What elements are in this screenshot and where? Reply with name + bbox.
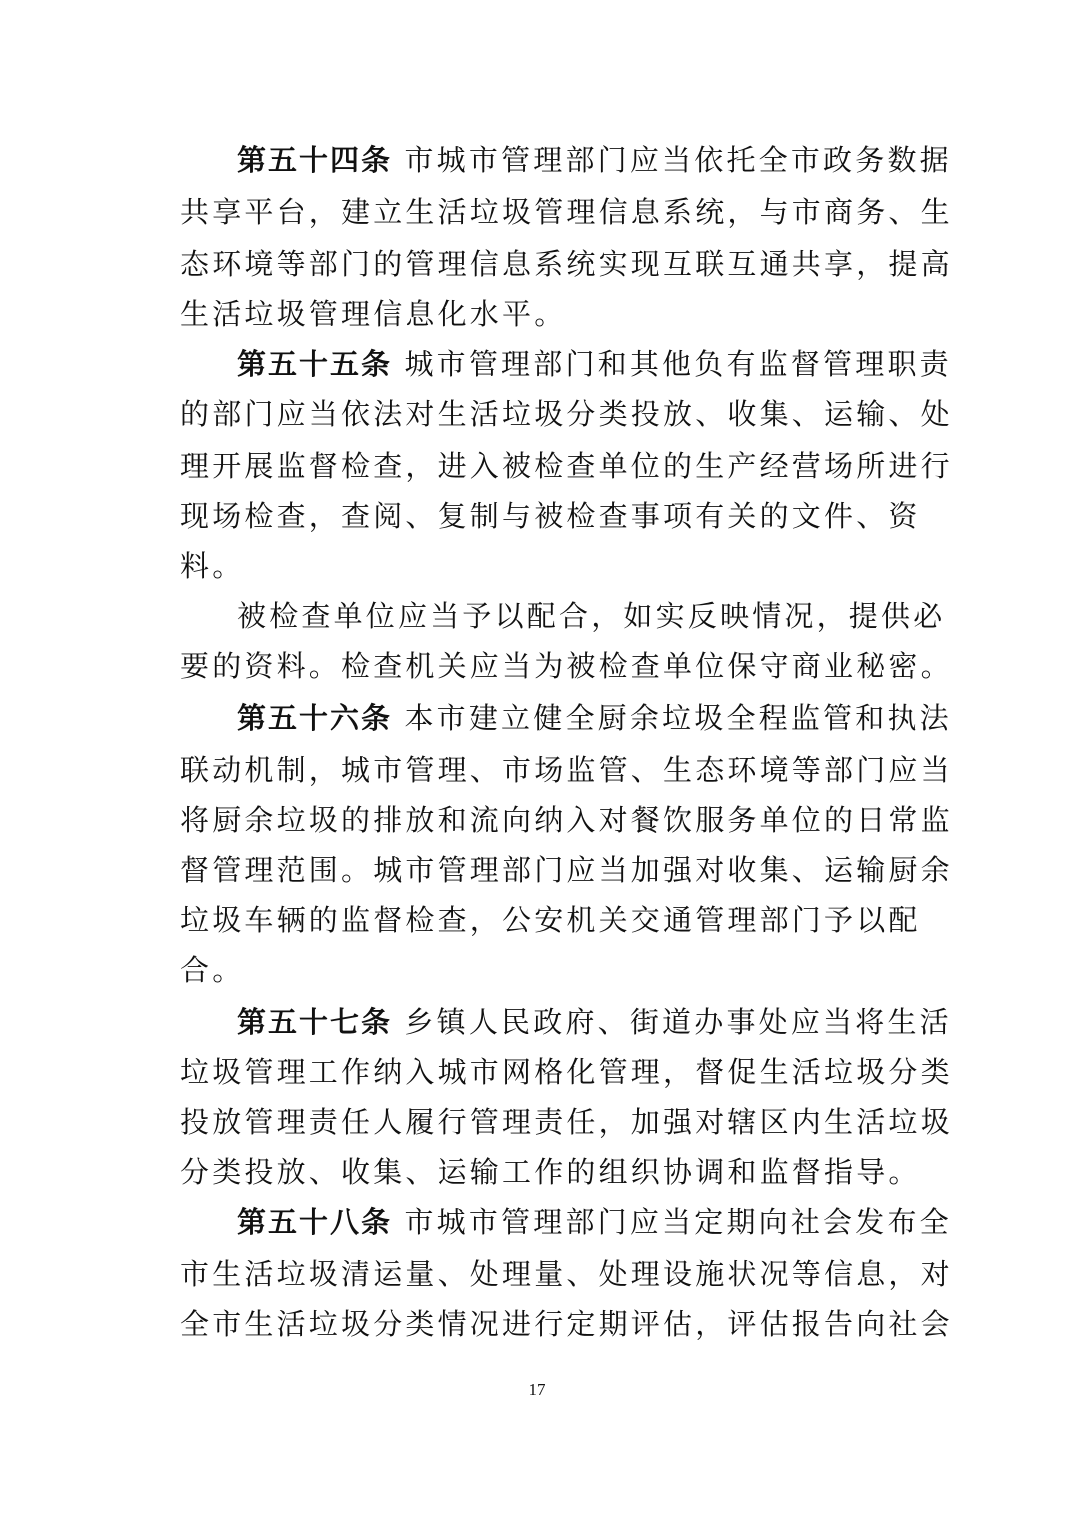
article-55-line-2: 的部门应当依法对生活垃圾分类投放、收集、运输、处 <box>180 396 880 432</box>
article-text: 市城市管理部门应当依托全市政务数据 <box>404 143 951 177</box>
article-56-line-6: 合。 <box>180 952 880 988</box>
article-heading: 第五十四条 <box>237 143 392 177</box>
article-55-para2-line-2: 要的资料。检查机关应当为被检查单位保守商业秘密。 <box>180 648 880 684</box>
article-54-line-3: 态环境等部门的管理信息系统实现互联互通共享，提高 <box>180 246 880 282</box>
article-56-line-1: 第五十六条 本市建立健全厨余垃圾全程监管和执法 <box>237 700 937 736</box>
article-54-line-4: 生活垃圾管理信息化水平。 <box>180 296 880 332</box>
article-heading: 第五十五条 <box>237 347 392 381</box>
article-heading: 第五十八条 <box>237 1205 392 1239</box>
article-57-line-2: 垃圾管理工作纳入城市网格化管理，督促生活垃圾分类 <box>180 1054 880 1090</box>
article-57-line-3: 投放管理责任人履行管理责任，加强对辖区内生活垃圾 <box>180 1104 880 1140</box>
article-56-line-4: 督管理范围。城市管理部门应当加强对收集、运输厨余 <box>180 852 880 888</box>
article-56-line-5: 垃圾车辆的监督检查，公安机关交通管理部门予以配 <box>180 902 880 938</box>
article-55-line-4: 现场检查，查阅、复制与被检查事项有关的文件、资 <box>180 498 880 534</box>
article-57-line-1: 第五十七条 乡镇人民政府、街道办事处应当将生活 <box>237 1004 937 1040</box>
article-heading: 第五十六条 <box>237 701 392 735</box>
article-55-line-1: 第五十五条 城市管理部门和其他负有监督管理职责 <box>237 346 937 382</box>
article-55-line-5: 料。 <box>180 548 880 584</box>
article-text: 本市建立健全厨余垃圾全程监管和执法 <box>404 701 951 735</box>
article-54-line-2: 共享平台，建立生活垃圾管理信息系统，与市商务、生 <box>180 194 880 230</box>
article-57-line-4: 分类投放、收集、运输工作的组织协调和监督指导。 <box>180 1154 880 1190</box>
article-56-line-3: 将厨余垃圾的排放和流向纳入对餐饮服务单位的日常监 <box>180 802 880 838</box>
article-58-line-2: 市生活垃圾清运量、处理量、处理设施状况等信息，对 <box>180 1256 880 1292</box>
article-58-line-1: 第五十八条 市城市管理部门应当定期向社会发布全 <box>237 1204 937 1240</box>
article-55-line-3: 理开展监督检查，进入被检查单位的生产经营场所进行 <box>180 448 880 484</box>
article-56-line-2: 联动机制，城市管理、市场监管、生态环境等部门应当 <box>180 752 880 788</box>
article-text: 市城市管理部门应当定期向社会发布全 <box>404 1205 951 1239</box>
article-54-line-1: 第五十四条 市城市管理部门应当依托全市政务数据 <box>237 142 937 178</box>
article-58-line-3: 全市生活垃圾分类情况进行定期评估，评估报告向社会 <box>180 1306 880 1342</box>
article-heading: 第五十七条 <box>237 1005 392 1039</box>
article-text: 城市管理部门和其他负有监督管理职责 <box>404 347 951 381</box>
page-number: 17 <box>0 1380 1074 1400</box>
article-text: 乡镇人民政府、街道办事处应当将生活 <box>404 1005 951 1039</box>
article-55-para2-line-1: 被检查单位应当予以配合，如实反映情况，提供必 <box>237 598 937 634</box>
